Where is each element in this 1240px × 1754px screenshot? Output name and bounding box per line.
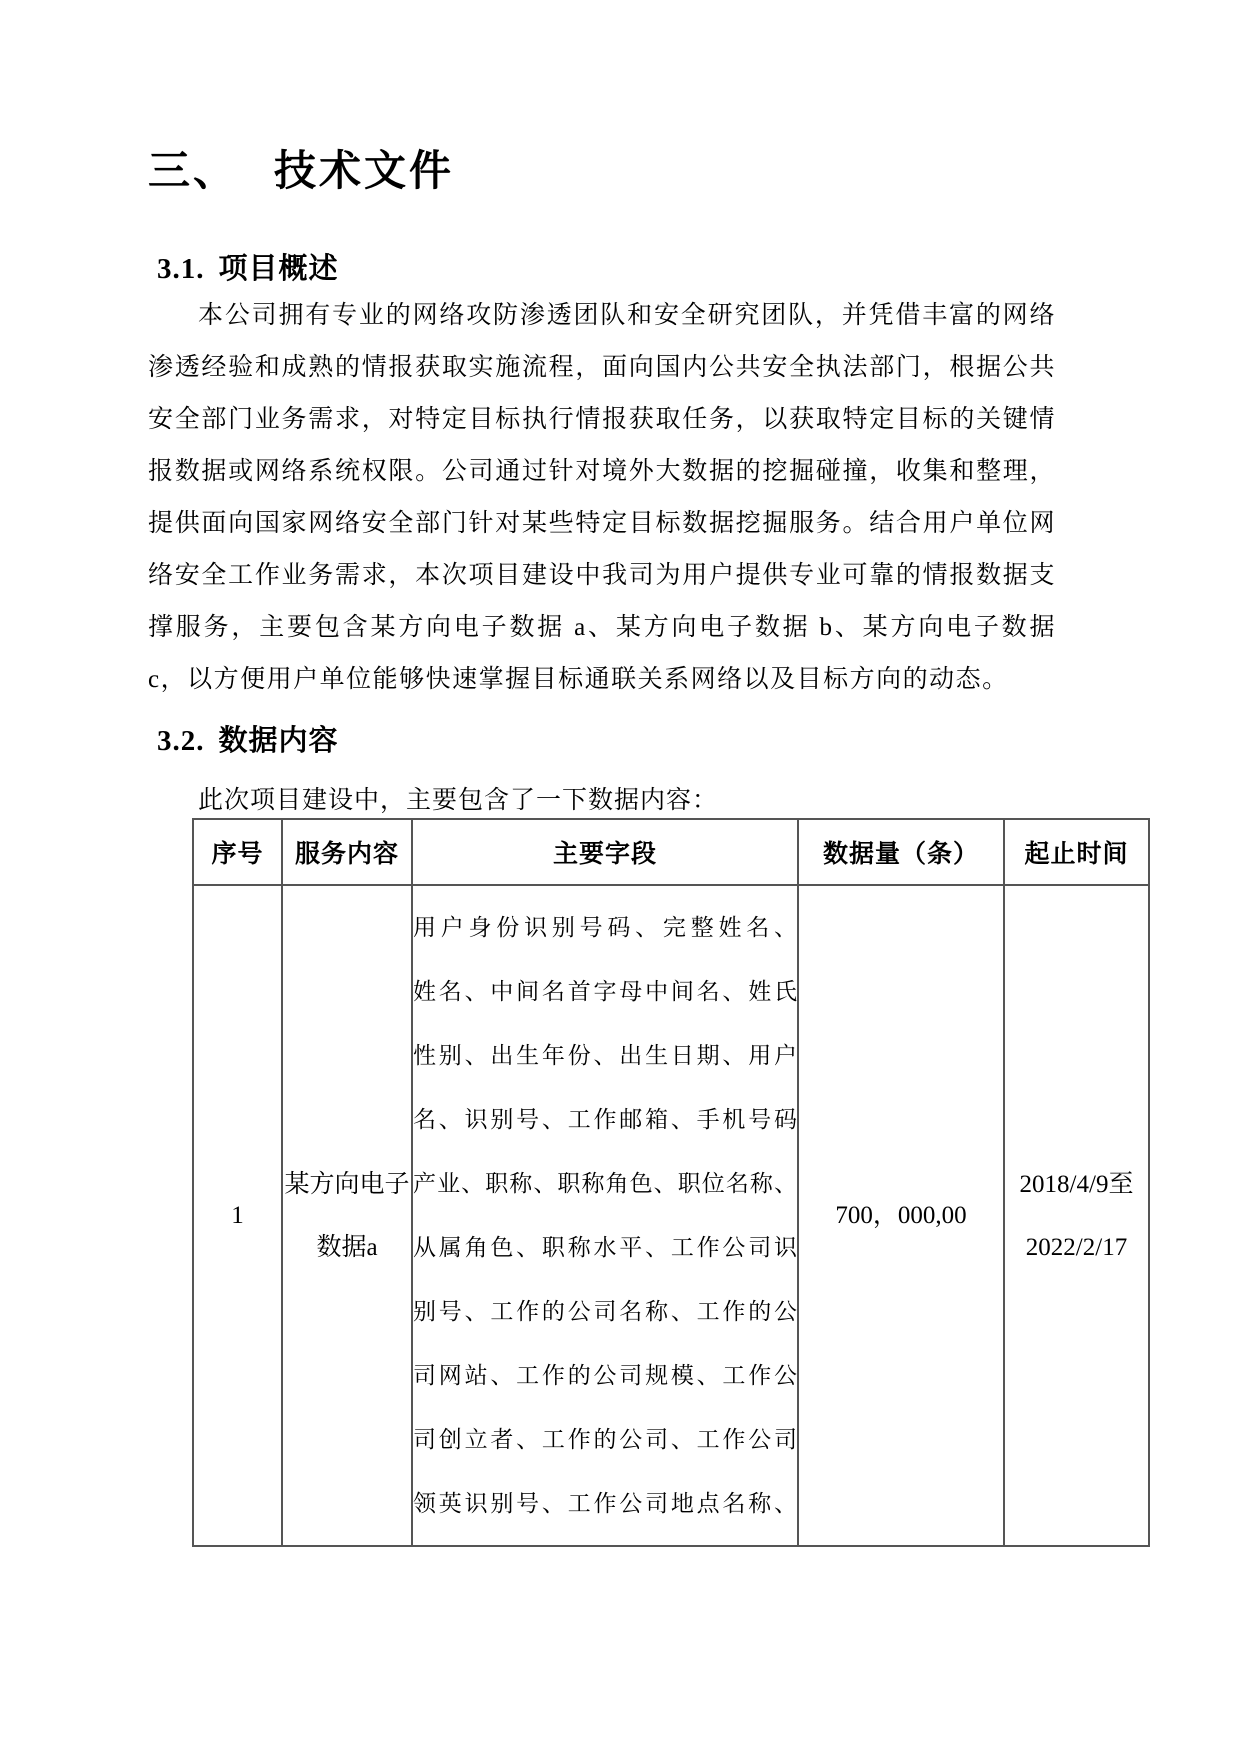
document-title-number: 三、 — [148, 149, 238, 195]
section-3-2-number: 3.2. — [157, 725, 205, 757]
cell-service: 某方向电子数据a — [282, 885, 412, 1546]
cell-seq: 1 — [193, 885, 282, 1546]
main-fields-line: 性别、出生年份、出生日期、用户 — [413, 1024, 797, 1088]
period-start: 2018/4/9至 — [1005, 1153, 1148, 1216]
table-intro-sentence: 此次项目建设中，主要包含了一下数据内容： — [148, 780, 1056, 816]
main-fields-line: 司创立者、工作的公司、工作公司 — [413, 1408, 797, 1472]
section-3-1-heading: 3.1.项目概述 — [157, 246, 339, 287]
header-main-fields: 主要字段 — [412, 819, 798, 885]
section-3-1-number: 3.1. — [157, 253, 205, 285]
main-fields-line: 司网站、工作的公司规模、工作公 — [413, 1344, 797, 1408]
main-fields-line: 名、识别号、工作邮箱、手机号码 — [413, 1088, 797, 1152]
main-fields-line: 别号、工作的公司名称、工作的公 — [413, 1280, 797, 1344]
cell-main-fields: 用户身份识别号码、完整姓名、 姓名、中间名首字母中间名、姓氏 性别、出生年份、出… — [412, 885, 798, 1546]
header-service: 服务内容 — [282, 819, 412, 885]
header-volume: 数据量（条） — [798, 819, 1004, 885]
header-period: 起止时间 — [1004, 819, 1149, 885]
document-title-text: 技术文件 — [274, 149, 454, 195]
document-title: 三、技术文件 — [148, 138, 454, 198]
table-header-row: 序号 服务内容 主要字段 数据量（条） 起止时间 — [193, 819, 1149, 885]
main-fields-line: 姓名、中间名首字母中间名、姓氏 — [413, 960, 797, 1024]
main-fields-line: 用户身份识别号码、完整姓名、 — [413, 896, 797, 960]
cell-volume: 700，000,00 — [798, 885, 1004, 1546]
section-3-2-title: 数据内容 — [219, 725, 339, 757]
section-3-1-title: 项目概述 — [219, 253, 339, 285]
table-row: 1 某方向电子数据a 用户身份识别号码、完整姓名、 姓名、中间名首字母中间名、姓… — [193, 885, 1149, 1546]
section-3-1-paragraph: 本公司拥有专业的网络攻防渗透团队和安全研究团队，并凭借丰富的网络渗透经验和成熟的… — [148, 290, 1056, 706]
volume-value: 700，000,00 — [799, 1184, 1003, 1247]
main-fields-line: 领英识别号、工作公司地点名称、 — [413, 1472, 797, 1536]
data-content-table: 序号 服务内容 主要字段 数据量（条） 起止时间 1 某方向电子数据a 用户身份… — [192, 818, 1150, 1547]
period-end: 2022/2/17 — [1005, 1216, 1148, 1279]
section-3-2-heading: 3.2.数据内容 — [157, 718, 339, 759]
main-fields-line: 产业、职称、职称角色、职位名称、 — [413, 1152, 797, 1216]
main-fields-line: 从属角色、职称水平、工作公司识 — [413, 1216, 797, 1280]
header-seq: 序号 — [193, 819, 282, 885]
document-page: 三、技术文件 3.1.项目概述 本公司拥有专业的网络攻防渗透团队和安全研究团队，… — [0, 0, 1240, 1754]
cell-period: 2018/4/9至 2022/2/17 — [1004, 885, 1149, 1546]
